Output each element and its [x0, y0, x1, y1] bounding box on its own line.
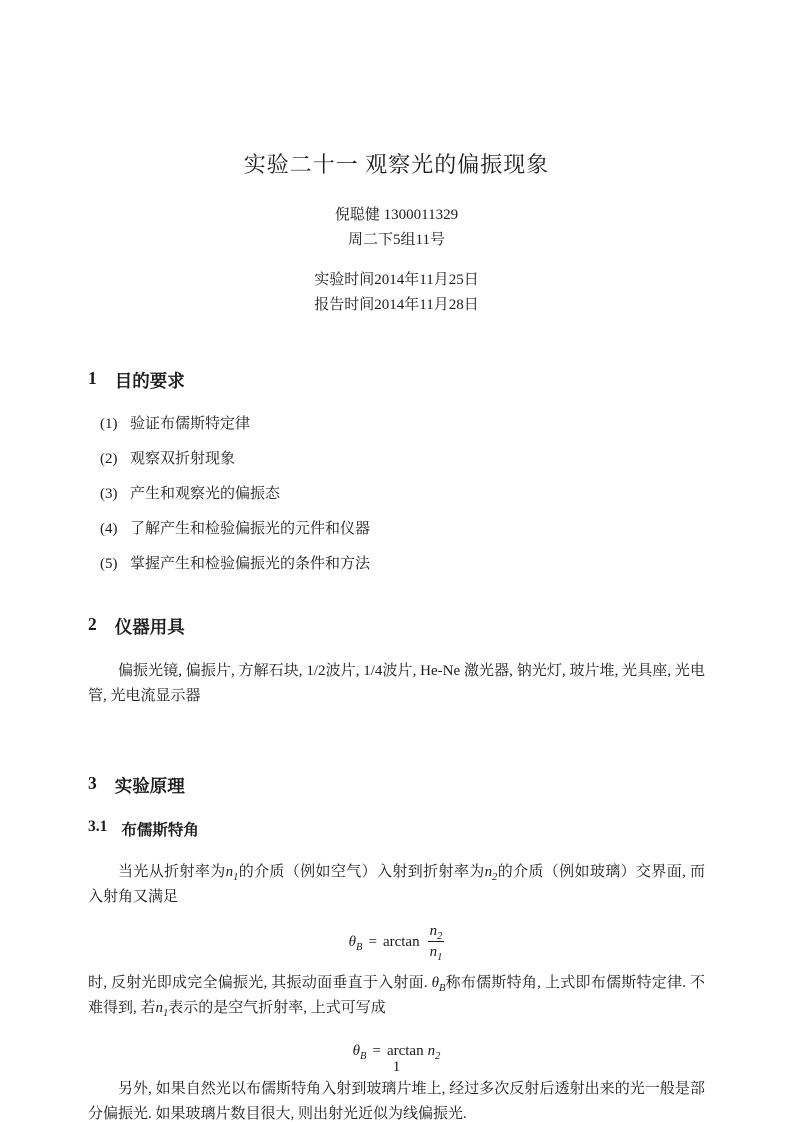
- math-theta: θ: [432, 975, 439, 991]
- brewster-formula-simple: θB=arctann2: [88, 1041, 705, 1061]
- fraction: n2n1: [428, 921, 445, 962]
- principle-paragraph-2: 时, 反射光即成完全偏振光, 其振动面垂直于入射面. θB称布儒斯特角, 上式即…: [88, 971, 705, 1021]
- apparatus-paragraph: 偏振光镜, 偏振片, 方解石块, 1/2波片, 1/4波片, He-Ne 激光器…: [88, 659, 705, 709]
- section-3-heading: 3 实验原理: [88, 773, 705, 798]
- math-theta-subscript: B: [356, 942, 362, 953]
- math-n1: n: [226, 864, 234, 880]
- list-item: (5) 掌握产生和检验偏振光的条件和方法: [100, 557, 705, 572]
- arctan-function: arctan: [387, 1043, 424, 1059]
- math-n: n: [430, 923, 438, 939]
- list-item-label: (5): [100, 557, 130, 572]
- text-segment: 表示的是空气折射率, 上式可写成: [168, 1000, 386, 1016]
- subsection-3-1-title: 布儒斯特角: [121, 818, 199, 840]
- document-content: 实验二十一 观察光的偏振现象 倪聪健 1300011329 周二下5组11号 实…: [0, 148, 793, 1122]
- list-item: (2) 观察双折射现象: [100, 452, 705, 467]
- text-segment: 当光从折射率为: [118, 864, 226, 880]
- math-n-subscript: 1: [437, 952, 442, 963]
- section-1-heading: 1 目的要求: [88, 368, 705, 393]
- author-block: 倪聪健 1300011329 周二下5组11号: [88, 203, 705, 253]
- section-2-number: 2: [88, 614, 97, 639]
- section-1-number: 1: [88, 368, 97, 393]
- section-3-number: 3: [88, 773, 97, 798]
- fraction-numerator: n2: [428, 921, 445, 941]
- report-date-line: 报告时间2014年11月28日: [88, 293, 705, 318]
- subsection-3-1-heading: 3.1 布儒斯特角: [88, 818, 705, 840]
- section-2-heading: 2 仪器用具: [88, 614, 705, 639]
- math-theta: θ: [349, 934, 356, 950]
- list-item-text: 掌握产生和检验偏振光的条件和方法: [130, 557, 370, 572]
- subsection-3-1-number: 3.1: [88, 818, 107, 840]
- math-n: n: [430, 944, 438, 960]
- list-item: (3) 产生和观察光的偏振态: [100, 487, 705, 502]
- document-title: 实验二十一 观察光的偏振现象: [88, 148, 705, 179]
- equals-sign: =: [368, 934, 376, 950]
- section-3-title: 实验原理: [115, 773, 185, 798]
- experiment-date-line: 实验时间2014年11月25日: [88, 268, 705, 293]
- list-item-text: 了解产生和检验偏振光的元件和仪器: [130, 522, 370, 537]
- math-theta: θ: [353, 1043, 360, 1059]
- group-line: 周二下5组11号: [88, 228, 705, 253]
- date-block: 实验时间2014年11月25日 报告时间2014年11月28日: [88, 268, 705, 318]
- list-item-label: (4): [100, 522, 130, 537]
- page-number: 1: [0, 1059, 793, 1076]
- section-2-title: 仪器用具: [115, 614, 185, 639]
- list-item-text: 产生和观察光的偏振态: [130, 487, 280, 502]
- list-item: (1) 验证布儒斯特定律: [100, 417, 705, 432]
- document-page: 实验二十一 观察光的偏振现象 倪聪健 1300011329 周二下5组11号 实…: [0, 0, 793, 1122]
- list-item-text: 验证布儒斯特定律: [130, 417, 250, 432]
- principle-paragraph-1: 当光从折射率为n1的介质（例如空气）入射到折射率为n2的介质（例如玻璃）交界面,…: [88, 860, 705, 910]
- list-item-label: (1): [100, 417, 130, 432]
- text-segment: 时, 反射光即成完全偏振光, 其振动面垂直于入射面.: [88, 975, 432, 991]
- list-item-label: (3): [100, 487, 130, 502]
- math-n1: n: [156, 1000, 164, 1016]
- list-item-text: 观察双折射现象: [130, 452, 235, 467]
- list-item: (4) 了解产生和检验偏振光的元件和仪器: [100, 522, 705, 537]
- equals-sign: =: [372, 1043, 380, 1059]
- fraction-denominator: n1: [428, 941, 445, 962]
- math-n2: n: [485, 864, 493, 880]
- goal-list: (1) 验证布儒斯特定律 (2) 观察双折射现象 (3) 产生和观察光的偏振态 …: [88, 417, 705, 572]
- math-n-subscript: 2: [437, 931, 442, 942]
- principle-paragraph-3: 另外, 如果自然光以布儒斯特角入射到玻璃片堆上, 经过多次反射后透射出来的光一般…: [88, 1077, 705, 1122]
- section-1-title: 目的要求: [115, 368, 185, 393]
- list-item-label: (2): [100, 452, 130, 467]
- text-segment: 的介质（例如空气）入射到折射率为: [238, 864, 484, 880]
- brewster-formula-fraction: θB=arctann2n1: [88, 922, 705, 963]
- arctan-function: arctan: [383, 934, 420, 950]
- author-line: 倪聪健 1300011329: [88, 203, 705, 228]
- math-n2: n: [428, 1043, 436, 1059]
